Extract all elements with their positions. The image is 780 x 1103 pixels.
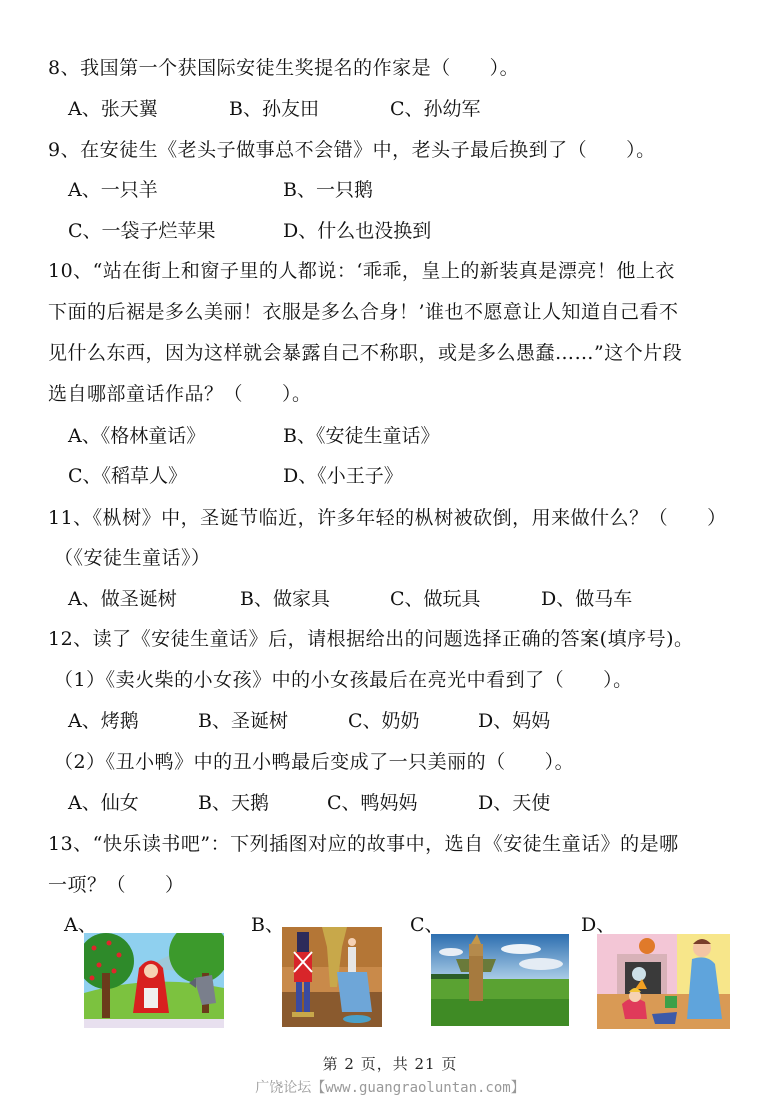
q9-option-a: A、一只羊 [68,178,158,202]
q9-option-b: B、一只鹅 [283,178,373,202]
q8-option-a: A、张天翼 [68,97,158,121]
q11-option-b: B、做家具 [240,587,330,611]
watermark: 广饶论坛【www.guangraoluntan.com】 [0,1077,780,1097]
q8-option-b: B、孙友田 [229,97,319,121]
picture-c-scarecrow [431,934,569,1026]
q12-2-option-a: A、仙女 [68,791,139,815]
question-9-stem: 9、在安徒生《老头子做事总不会错》中，老头子最后换到了（ ）。 [48,138,656,162]
question-10-stem-line-3: 见什么东西，因为这样就会暴露自己不称职，或是多么愚蠢……”这个片段 [48,341,682,365]
page-number: 第 2 页，共 21 页 [0,1053,780,1074]
q12-1-option-d: D、妈妈 [478,709,550,733]
q12-1-option-b: B、圣诞树 [198,709,288,733]
question-12-sub-2: （2）《丑小鸭》中的丑小鸭最后变成了一只美丽的（ ）。 [54,750,574,774]
q8-option-c: C、孙幼军 [390,97,481,121]
question-8-stem: 8、我国第一个获国际安徒生奖提名的作家是（ ）。 [48,56,519,80]
q12-2-option-b: B、天鹅 [198,791,269,815]
q10-option-c: C、《稻草人》 [68,464,187,488]
question-13-stem-line-1: 13、“快乐读书吧”：下列插图对应的故事中，选自《安徒生童话》的是哪 [48,832,679,856]
q10-option-b: B、《安徒生童话》 [283,424,439,448]
question-11-stem-line-2: （《安徒生童话》） [54,546,211,570]
q12-2-option-d: D、天使 [478,791,550,815]
question-10-stem-line-1: 10、“站在街上和窗子里的人都说：‘乖乖，皇上的新装真是漂亮！他上衣 [48,259,675,283]
q12-1-option-c: C、奶奶 [348,709,420,733]
q11-option-d: D、做马车 [541,587,632,611]
q10-option-d: D、《小王子》 [283,464,403,488]
picture-b-tin-soldier [282,927,382,1027]
picture-c-label: C、 [410,914,444,936]
q11-option-c: C、做玩具 [390,587,481,611]
question-12-sub-1: （1）《卖火柴的小女孩》中的小女孩最后在亮光中看到了（ ）。 [54,668,633,692]
q9-option-c: C、一袋子烂苹果 [68,219,216,243]
picture-d-cinderella [597,934,730,1029]
question-10-stem-line-4: 选自哪部童话作品？（ ）。 [48,382,312,406]
question-11-stem-line-1: 11、《枞树》中，圣诞节临近，许多年轻的枞树被砍倒，用来做什么？（ ） [48,506,727,530]
q11-option-a: A、做圣诞树 [68,587,177,611]
q12-2-option-c: C、鸭妈妈 [327,791,418,815]
picture-a-red-riding-hood [84,933,224,1028]
question-12-stem: 12、读了《安徒生童话》后，请根据给出的问题选择正确的答案(填序号)。 [48,627,694,651]
q12-1-option-a: A、烤鹅 [68,709,139,733]
q10-option-a: A、《格林童话》 [68,424,205,448]
question-10-stem-line-2: 下面的后裾是多么美丽！衣服是多么合身！’谁也不愿意让人知道自己看不 [48,300,679,324]
question-13-stem-line-2: 一项？（ ） [48,873,185,897]
picture-d-label: D、 [581,914,615,936]
q9-option-d: D、什么也没换到 [283,219,431,243]
picture-b-label: B、 [251,914,284,936]
